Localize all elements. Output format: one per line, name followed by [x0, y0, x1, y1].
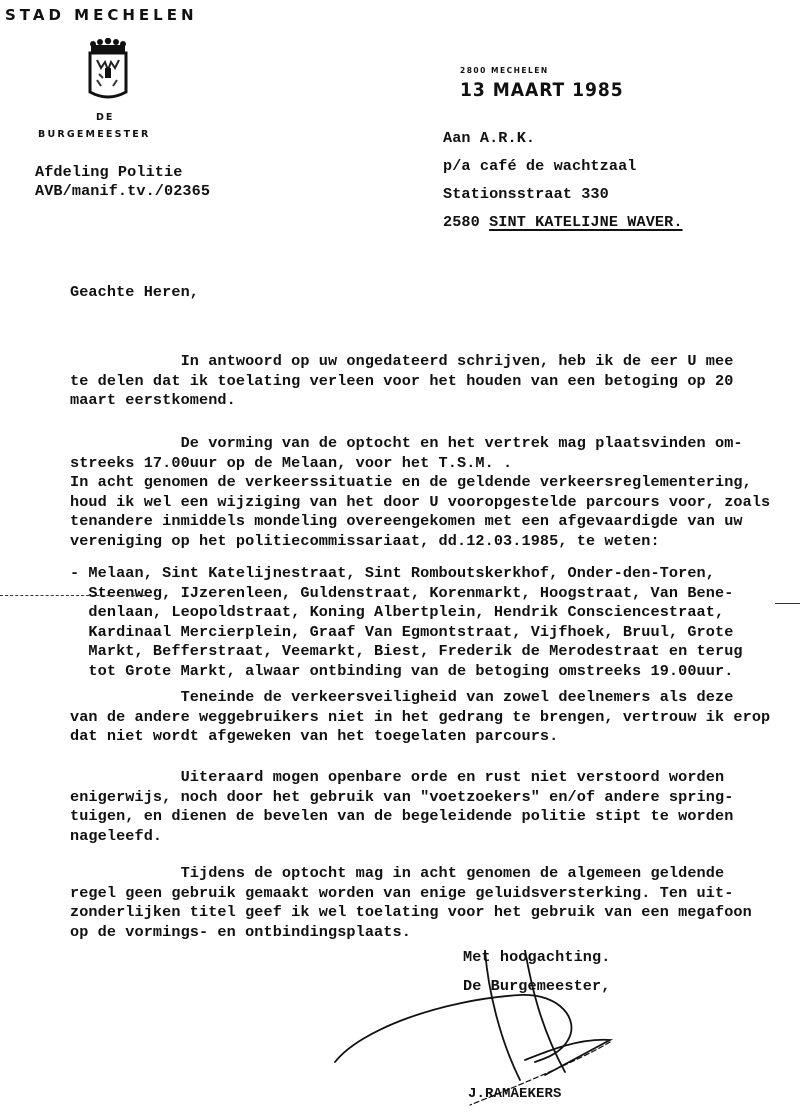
- recipient-city-line: 2580 SINT KATELIJNE WAVER.: [443, 213, 683, 231]
- body-line: streeks 17.00uur op de Melaan, voor het …: [70, 454, 512, 472]
- department-name: Afdeling Politie: [35, 163, 182, 181]
- recipient-street: Stationsstraat 330: [443, 185, 609, 203]
- body-line: Steenweg, IJzerenleen, Guldenstraat, Kor…: [70, 584, 733, 602]
- dateline: 2800 MECHELEN 13 MAART 1985: [452, 43, 624, 101]
- body-line: tenandere inmiddels mondeling overeengek…: [70, 512, 743, 530]
- body-line: denlaan, Leopoldstraat, Koning Albertple…: [70, 603, 724, 621]
- body-line: tot Grote Markt, alwaar ontbinding van d…: [70, 662, 733, 680]
- body-line: In antwoord op uw ongedateerd schrijven,…: [70, 352, 733, 370]
- coat-of-arms-icon: [87, 38, 129, 103]
- body-line: tuigen, en dienen de bevelen van de bege…: [70, 807, 733, 825]
- body-line: te delen dat ik toelating verleen voor h…: [70, 372, 733, 390]
- recipient-town: SINT KATELIJNE WAVER.: [489, 213, 683, 231]
- city-name: STAD MECHELEN: [5, 6, 198, 24]
- body-line: nageleefd.: [70, 827, 162, 845]
- body-line: houd ik wel een wijziging van het door U…: [70, 493, 770, 511]
- body-line: regel geen gebruik gemaakt worden van en…: [70, 884, 733, 902]
- dateline-place: 2800 MECHELEN: [460, 66, 549, 75]
- reference-number: AVB/manif.tv./02365: [35, 182, 210, 200]
- body-line: Uiteraard mogen openbare orde en rust ni…: [70, 768, 724, 786]
- body-line: Teneinde de verkeersveiligheid van zowel…: [70, 688, 733, 706]
- body-line: zonderlijken titel geef ik wel toelating…: [70, 903, 752, 921]
- body-line: Tijdens de optocht mag in acht genomen d…: [70, 864, 724, 882]
- recipient-name: Aan A.R.K.: [443, 129, 535, 147]
- signatory-name: J.RAMAEKERS: [468, 1086, 562, 1102]
- margin-fold-mark-right: [775, 603, 800, 604]
- body-line: dat niet wordt afgeweken van het toegela…: [70, 727, 558, 745]
- recipient-care-of: p/a café de wachtzaal: [443, 157, 637, 175]
- body-line: Markt, Befferstraat, Veemarkt, Biest, Fr…: [70, 642, 743, 660]
- body-line: - Melaan, Sint Katelijnestraat, Sint Rom…: [70, 564, 715, 582]
- body-line: enigerwijs, noch door het gebruik van "v…: [70, 788, 733, 806]
- body-line: In acht genomen de verkeerssituatie en d…: [70, 473, 752, 491]
- salutation: Geachte Heren,: [70, 283, 199, 301]
- recipient-postcode: 2580: [443, 213, 480, 231]
- body-line: op de vormings- en ontbindingsplaats.: [70, 923, 411, 941]
- office-title-de: DE: [96, 112, 114, 123]
- body-line: Kardinaal Mercierplein, Graaf Van Egmont…: [70, 623, 733, 641]
- dateline-date: 13 MAART 1985: [460, 79, 624, 101]
- office-title-burgemeester: BURGEMEESTER: [38, 129, 151, 140]
- body-line: maart eerstkomend.: [70, 391, 236, 409]
- body-line: De vorming van de optocht en het vertrek…: [70, 434, 743, 452]
- margin-fold-mark-left: [0, 595, 150, 596]
- body-line: vereniging op het politiecommissariaat, …: [70, 532, 660, 550]
- body-line: van de andere weggebruikers niet in het …: [70, 708, 770, 726]
